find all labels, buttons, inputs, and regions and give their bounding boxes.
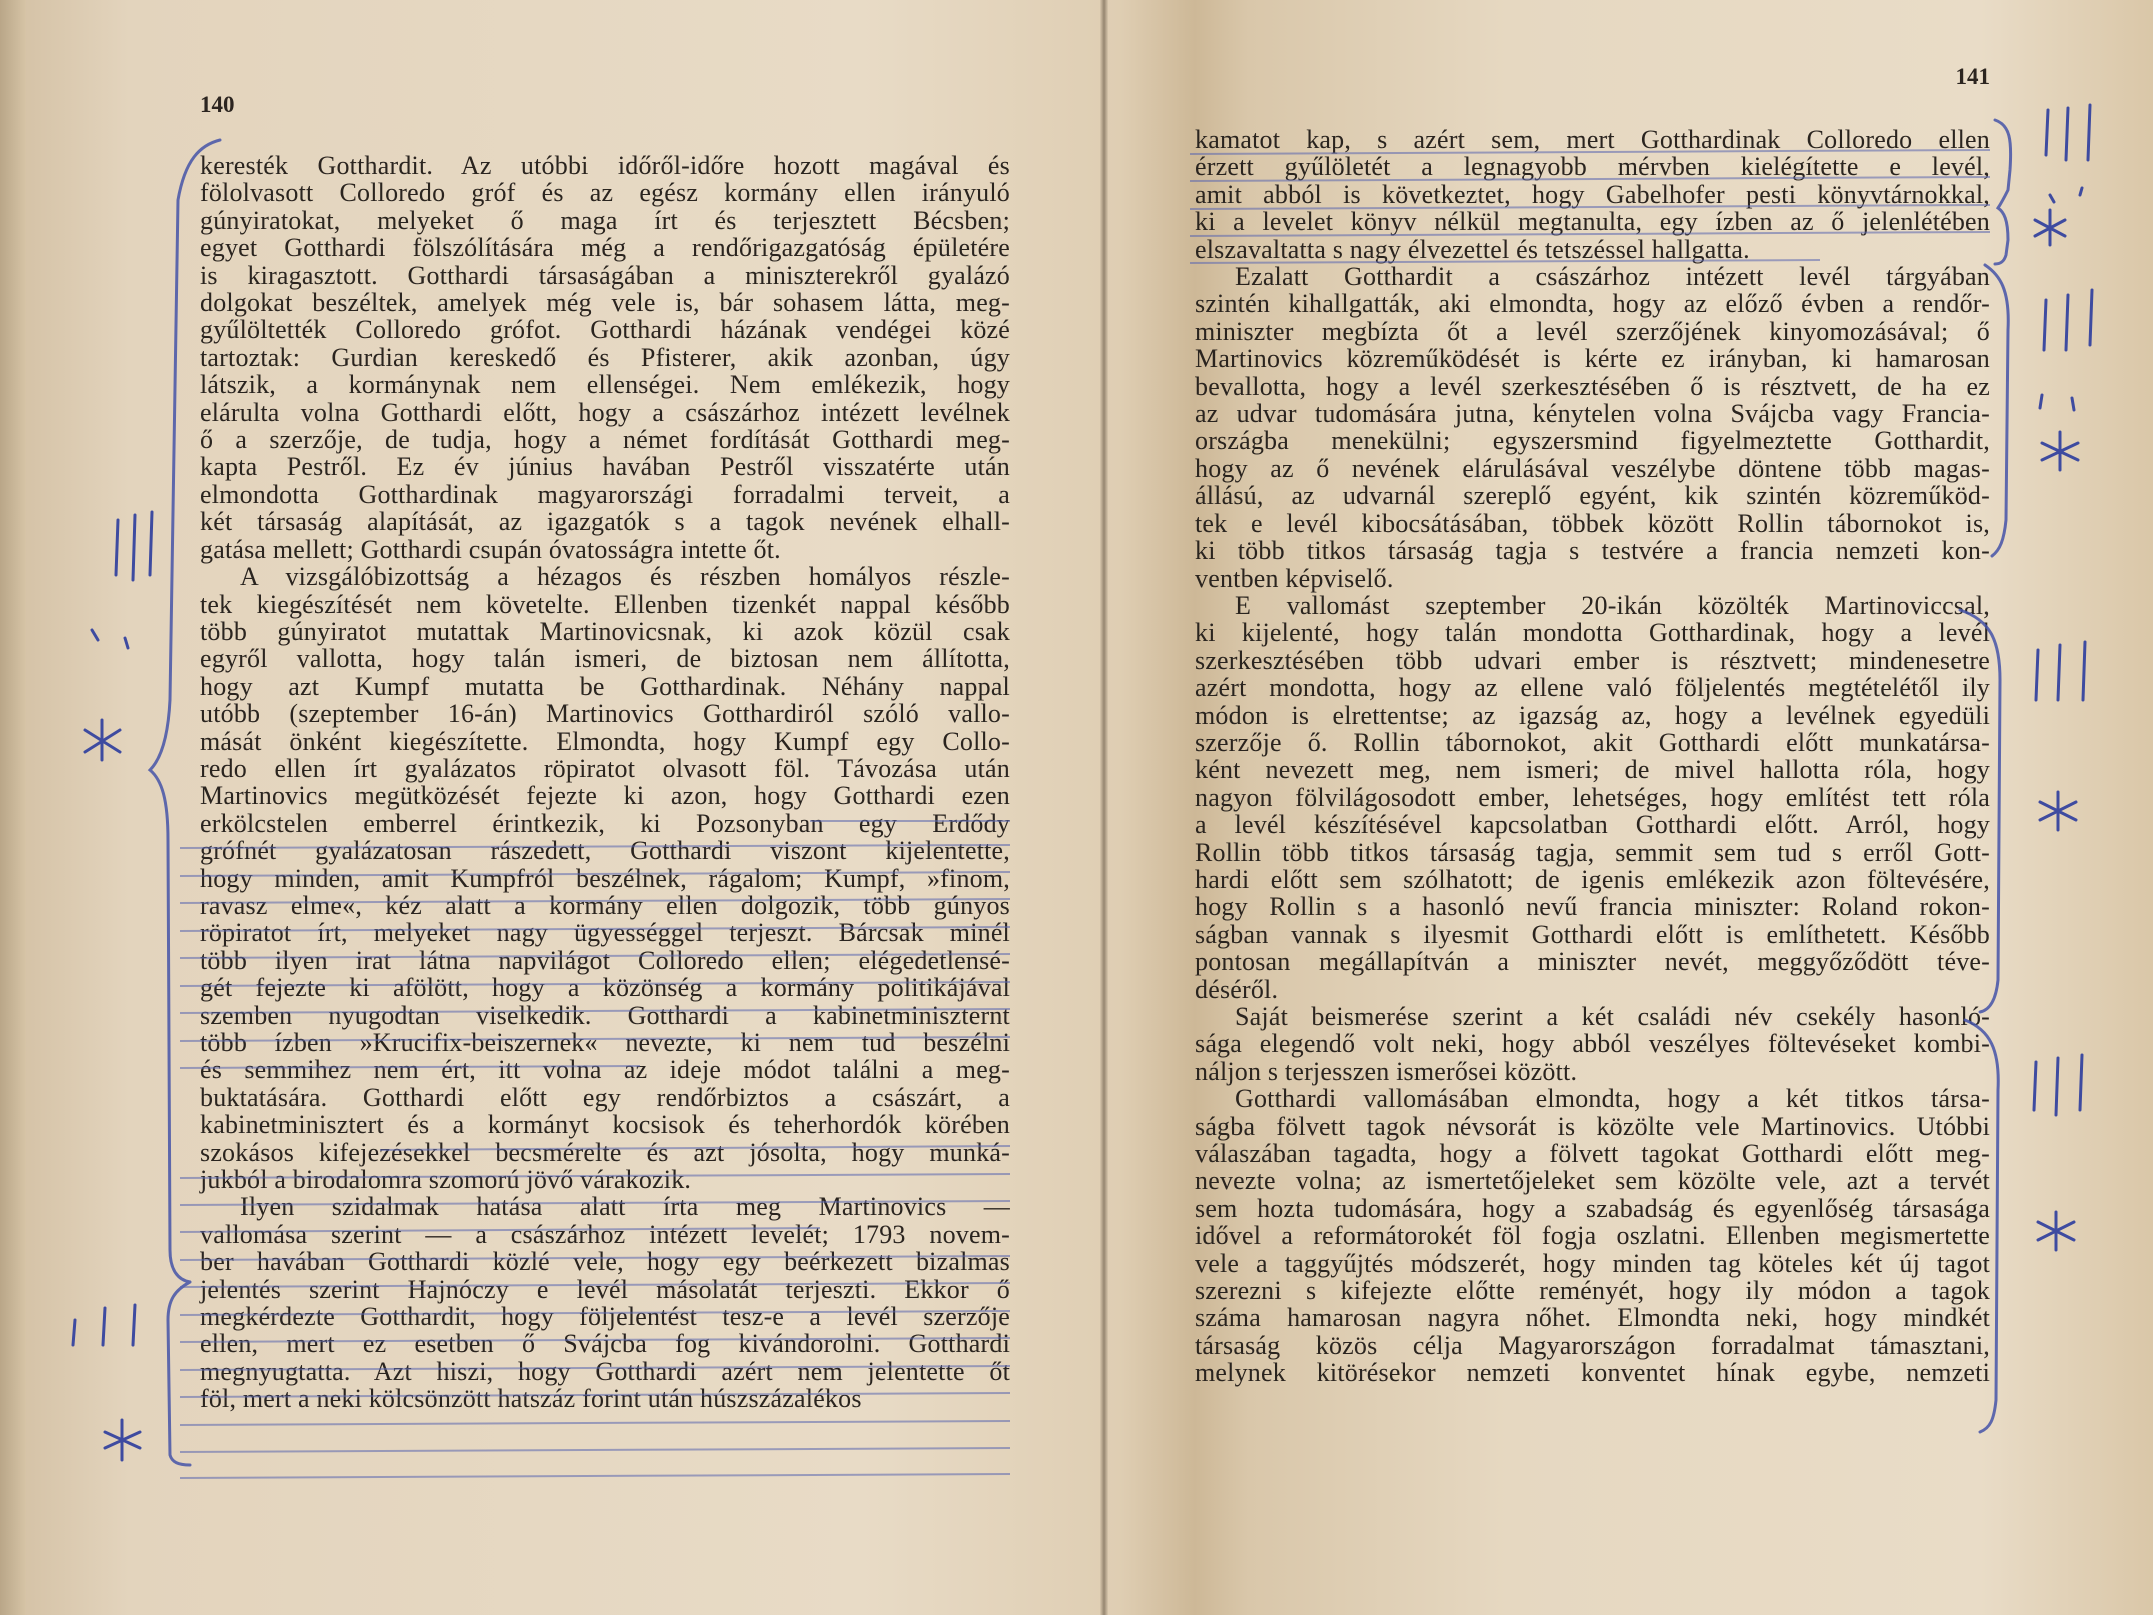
text-line: hogy Rollin s a hasonló nevű francia min…: [1195, 893, 1990, 920]
text-line: érzett gyűlöletét a legnagyobb mérvben k…: [1195, 153, 1990, 180]
text-line: a levél készítésével kapcsolatban Gottha…: [1195, 811, 1990, 838]
text-line: nevezte volna; az ismertetőjeleket sem k…: [1195, 1167, 1990, 1194]
text-line: tek e levél kibocsátásában, többek közöt…: [1195, 510, 1990, 537]
text-line: erkölcstelen emberrel érintkezik, ki Poz…: [200, 810, 1010, 837]
text-line: ravasz elme«, kéz alatt a kormány ellen …: [200, 892, 1010, 919]
text-line: sem hozta tudomására, hogy a szabadság é…: [1195, 1195, 1990, 1222]
text-line: miniszter megbízta őt a levél szerzőjéne…: [1195, 318, 1990, 345]
text-line: válaszában tagadta, hogy a fölvett tagok…: [1195, 1140, 1990, 1167]
text-line: pontosan megállapítván a miniszter nevét…: [1195, 948, 1990, 975]
page-edges: [0, 0, 26, 1615]
text-line: vallomása szerint — a császárhoz intézet…: [200, 1221, 1010, 1248]
text-line: náljon s terjesszen ismerősei között.: [1195, 1058, 1990, 1085]
text-line: amit abból is következtet, hogy Gabelhof…: [1195, 181, 1990, 208]
text-line: szintén kihallgatták, aki elmondta, hogy…: [1195, 290, 1990, 317]
text-line: Martinovics megütközését fejezte ki azon…: [200, 782, 1010, 809]
text-line: redo ellen írt gyalázatos röpiratot olva…: [200, 755, 1010, 782]
text-line: Saját beismerése szerint a két családi n…: [1195, 1003, 1990, 1030]
text-line: Ezalatt Gotthardit a császárhoz intézett…: [1195, 263, 1990, 290]
text-line: társaság közös célja Magyarországon forr…: [1195, 1332, 1990, 1359]
text-line: elmondotta Gotthardinak magyarországi fo…: [200, 481, 1010, 508]
text-line: egyről vallotta, hogy talán ismeri, de b…: [200, 645, 1010, 672]
text-line: látszik, a kormánynak nem ellenségei. Ne…: [200, 371, 1010, 398]
text-line: mását önként kiegészítette. Elmondta, ho…: [200, 728, 1010, 755]
text-line: ki kijelenté, hogy talán mondotta Gottha…: [1195, 619, 1990, 646]
right-margin-bracket-1: [1995, 120, 2011, 264]
text-line: melynek kitörésekor nemzeti konventet hí…: [1195, 1359, 1990, 1386]
text-line: gatása mellett; Gotthardi csupán óvatoss…: [200, 536, 1010, 563]
open-book: 140 keresték Gotthardit. Az utóbbi időrő…: [0, 0, 2153, 1615]
text-line: keresték Gotthardit. Az utóbbi időről-id…: [200, 152, 1010, 179]
text-line: nagyon fölvilágosodott ember, lehetséges…: [1195, 784, 1990, 811]
text-line: hogy azt Kumpf mutatta be Gotthardinak. …: [200, 673, 1010, 700]
text-line: szerezni s kifejezte előtte reményét, ho…: [1195, 1277, 1990, 1304]
text-line: hogy minden, amit Kumpfról beszélnek, rá…: [200, 865, 1010, 892]
page-number-left: 140: [200, 92, 235, 118]
text-line: Gotthardi vallomásában elmondta, hogy a …: [1195, 1085, 1990, 1112]
text-line: kabinetminisztert és a kormányt kocsisok…: [200, 1111, 1010, 1138]
text-line: több gúnyiratot mutattak Martinovicsnak,…: [200, 618, 1010, 645]
text-line: röpiratot írt, melyeket nagy ügyességgel…: [200, 919, 1010, 946]
text-line: két társaság alapítását, az igazgatók s …: [200, 508, 1010, 535]
text-line: gyűlöltették Colloredo grófot. Gotthardi…: [200, 316, 1010, 343]
text-line: utóbb (szeptember 16-án) Martinovics Got…: [200, 700, 1010, 727]
text-line: gét fejezte ki afölött, hogy a közönség …: [200, 974, 1010, 1001]
text-line: jukból a birodalomra szomorú jövő várako…: [200, 1166, 1010, 1193]
page-number-right: 141: [1956, 64, 1991, 90]
text-line: dolgokat beszéltek, amelyek még vele is,…: [200, 289, 1010, 316]
text-line: föl, mert a neki kölcsönzött hatszáz for…: [200, 1385, 1010, 1412]
text-line: ságba fölvett tagok névsorát is közölte …: [1195, 1113, 1990, 1140]
text-line: ságban vannak s ilyesmit Gotthardi előtt…: [1195, 921, 1990, 948]
text-line: déséről.: [1195, 976, 1990, 1003]
text-line: tek kiegészítését nem követelte. Ellenbe…: [200, 591, 1010, 618]
text-line: E vallomást szeptember 20-ikán közölték …: [1195, 592, 1990, 619]
text-line: gúnyiratokat, melyeket ő maga írt és ter…: [200, 207, 1010, 234]
text-line: elszavaltatta s nagy élvezettel és tetsz…: [1195, 236, 1990, 263]
text-line: jelentés szerint Hajnóczy e levél másola…: [200, 1276, 1010, 1303]
text-line: ventben képviselő.: [1195, 565, 1990, 592]
right-page-text: kamatot kap, s azért sem, mert Gotthardi…: [1195, 126, 1990, 1387]
text-line: szerkesztésében több udvari ember is rés…: [1195, 647, 1990, 674]
text-line: ellen, mert ez esetben ő Svájcba fog kiv…: [200, 1330, 1010, 1357]
text-line: Martinovics közreműködését is kérte ez i…: [1195, 345, 1990, 372]
left-page-text: keresték Gotthardit. Az utóbbi időről-id…: [200, 152, 1010, 1413]
text-line: bevallotta, hogy a levél szerkesztésében…: [1195, 373, 1990, 400]
text-line: azért mondotta, hogy az ellene való följ…: [1195, 674, 1990, 701]
text-line: A vizsgálóbizottság a hézagos és részben…: [200, 563, 1010, 590]
book-spine: [1100, 0, 1108, 1615]
text-line: országba menekülni; egyszersmind figyelm…: [1195, 427, 1990, 454]
text-line: vele a taggyűjtés módszerét, hogy minden…: [1195, 1250, 1990, 1277]
text-line: fölolvasott Colloredo gróf és az egész k…: [200, 179, 1010, 206]
text-line: több ízben »Krucifix-beiszernek« nevezte…: [200, 1029, 1010, 1056]
text-line: idővel a reformátorokét föl fogja oszlat…: [1195, 1222, 1990, 1249]
text-line: egyet Gotthardi fölszólítására még a ren…: [200, 234, 1010, 261]
text-line: Ilyen szidalmak hatása alatt írta meg Ma…: [200, 1193, 1010, 1220]
text-line: sága elegendő volt neki, hogy abból vesz…: [1195, 1030, 1990, 1057]
text-line: ki a levelet könyv nélkül megtanulta, eg…: [1195, 208, 1990, 235]
text-line: ki több titkos társaság tagja s testvére…: [1195, 537, 1990, 564]
text-line: szemben nyugodtan viselkedik. Gotthardi …: [200, 1002, 1010, 1029]
text-line: is kiragasztott. Gotthardi társaságában …: [200, 262, 1010, 289]
text-line: állású, az udvarnál szereplő egyént, kik…: [1195, 482, 1990, 509]
text-line: száma hamarosan nagyra nőhet. Elmondta n…: [1195, 1304, 1990, 1331]
text-line: tartoztak: Gurdian kereskedő és Pfistere…: [200, 344, 1010, 371]
text-line: kapta Pestről. Ez év június havában Pest…: [200, 453, 1010, 480]
text-line: szerzője ő. Rollin tábornokot, akit Gott…: [1195, 729, 1990, 756]
text-line: grófnét gyalázatosan rászedett, Gotthard…: [200, 837, 1010, 864]
text-line: ő a szerzője, de tudja, hogy a német for…: [200, 426, 1010, 453]
text-line: szokásos kifejezésekkel becsmérelte és a…: [200, 1139, 1010, 1166]
text-line: hogy az ő nevének elárulásával veszélybe…: [1195, 455, 1990, 482]
text-line: hardi előtt sem szólhatott; de igenis em…: [1195, 866, 1990, 893]
text-line: az udvar tudomására jutna, kénytelen vol…: [1195, 400, 1990, 427]
text-line: Rollin több titkos társaság tagja, semmi…: [1195, 839, 1990, 866]
text-line: ber havában Gotthardi közlé vele, hogy e…: [200, 1248, 1010, 1275]
text-line: ként nevezett meg, nem ismeri; de mivel …: [1195, 756, 1990, 783]
text-line: elárulta volna Gotthardi előtt, hogy a c…: [200, 399, 1010, 426]
text-line: több ilyen irat látna napvilágot Collore…: [200, 947, 1010, 974]
text-line: megkérdezte Gotthardit, hogy följelentés…: [200, 1303, 1010, 1330]
text-line: buktatására. Gotthardi előtt egy rendőrb…: [200, 1084, 1010, 1111]
text-line: és semmihez nem ért, itt volna az ideje …: [200, 1056, 1010, 1083]
text-line: módon is elrettentse; az igazság az, hog…: [1195, 702, 1990, 729]
text-line: megnyugtatta. Azt hiszi, hogy Gotthardi …: [200, 1358, 1010, 1385]
text-line: kamatot kap, s azért sem, mert Gotthardi…: [1195, 126, 1990, 153]
